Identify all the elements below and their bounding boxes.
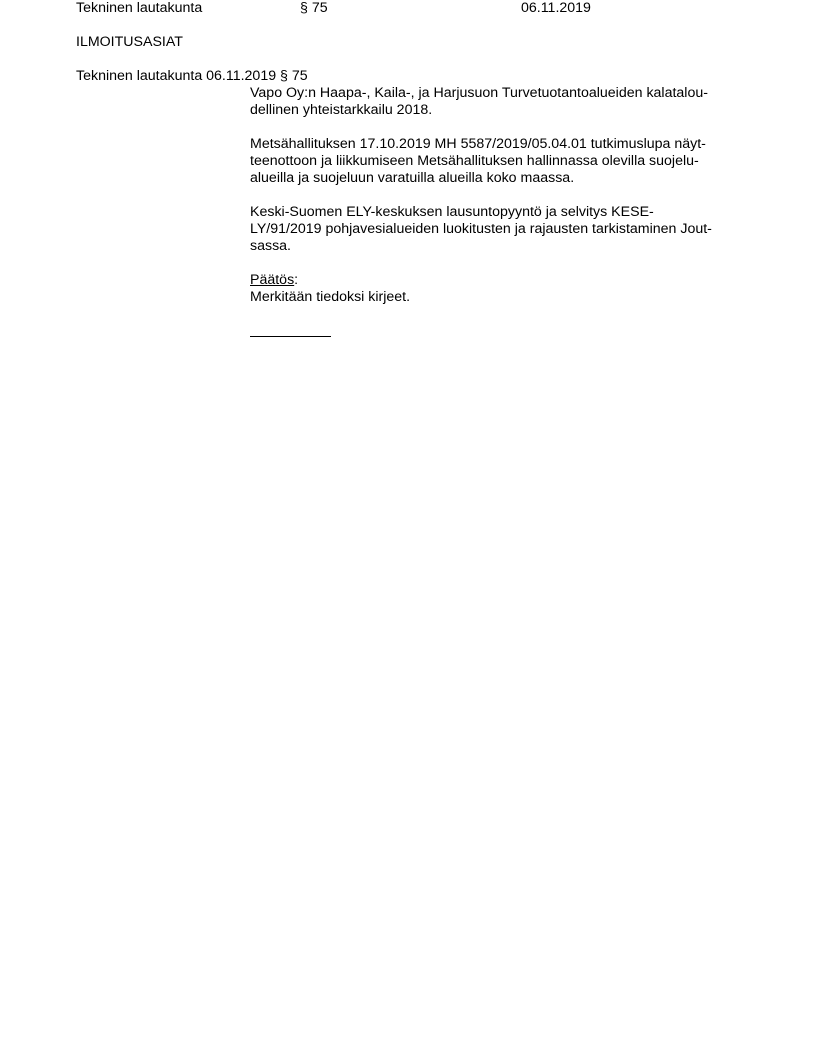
end-rule <box>250 336 331 337</box>
meeting-reference: Tekninen lautakunta 06.11.2019 § 75 <box>76 68 308 85</box>
notice-item-1: Vapo Oy:n Haapa-, Kaila-, ja Harjusuon T… <box>250 85 740 119</box>
decision-label: Päätös <box>250 272 294 288</box>
decision-text: Merkitään tiedoksi kirjeet. <box>250 289 410 306</box>
document-title: ILMOITUSASIAT <box>76 34 183 51</box>
header-committee: Tekninen lautakunta <box>76 0 202 17</box>
decision-colon: : <box>294 272 298 288</box>
notice-item-3: Keski-Suomen ELY-keskuksen lausuntopyynt… <box>250 204 740 255</box>
header-section: § 75 <box>300 0 328 17</box>
decision-heading: Päätös: <box>250 272 298 289</box>
header-date: 06.11.2019 <box>521 0 591 17</box>
notice-item-2: Metsähallituksen 17.10.2019 MH 5587/2019… <box>250 136 740 187</box>
